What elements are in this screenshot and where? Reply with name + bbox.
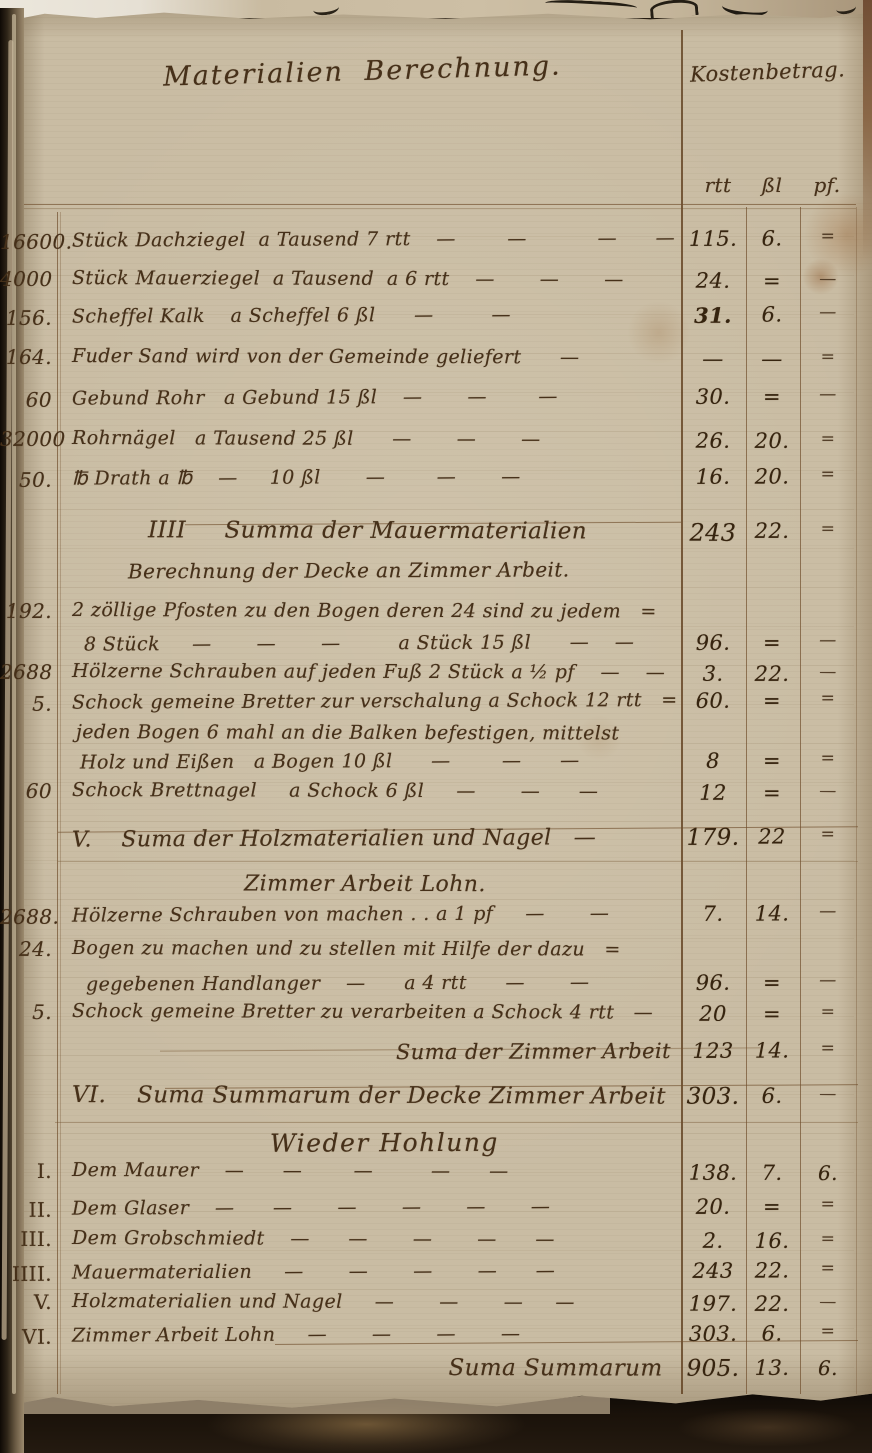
recap-row: II.Dem Glaser — — — — — —20.== (0, 1194, 872, 1230)
section-heading-wiederholung: Wieder Hohlung (0, 1126, 872, 1162)
roman-numeral-cell: I. (0, 1159, 52, 1183)
pfennig-cell: = (802, 1194, 854, 1214)
schilling-cell: 22. (748, 519, 796, 543)
table-row: 60Gebund Rohr a Gebund 15 ßl — — —30.=— (0, 384, 872, 420)
pfennig-cell: = (802, 429, 854, 449)
schilling-cell: 6. (748, 1084, 796, 1108)
thaler-cell: 12 (684, 781, 742, 805)
table-row: 5.Schock gemeine Bretter zu verarbeiten … (0, 1000, 872, 1034)
description-cell: Hölzerne Schrauben von machen . . a 1 pf… (72, 902, 678, 927)
thaler-cell: 243 (684, 1259, 742, 1283)
quantity-cell: 4000 (0, 267, 52, 291)
quantity-cell: 2688 (0, 660, 52, 684)
sum-label: IIII Summa der Mauermaterialien (148, 517, 754, 545)
description-cell: jeden Bogen 6 mahl an die Balken befesti… (76, 721, 682, 745)
thaler-cell: 60. (684, 689, 742, 713)
description-cell: Rohrnägel a Tausend 25 ßl — — — (72, 427, 678, 451)
description-cell: 2 zöllige Pfosten zu den Bogen deren 24 … (72, 599, 678, 623)
thaler-cell: 243 (684, 519, 742, 547)
pfennig-cell: = (802, 688, 854, 708)
description-cell: Dem Maurer — — — — — (72, 1159, 678, 1183)
description-cell: Scheffel Kalk a Scheffel 6 ßl — — (72, 303, 678, 328)
description-cell: ℔ Drath a ℔ — 10 ßl — — — (72, 465, 678, 490)
roman-numeral-cell: IIII. (0, 1262, 52, 1286)
description-cell: Dem Grobschmiedt — — — — — (72, 1227, 678, 1251)
section-heading-text: Wieder Hohlung (270, 1126, 872, 1158)
schilling-cell: 14. (748, 1038, 796, 1062)
pfennig-cell: = (802, 1321, 854, 1341)
schilling-cell: — (748, 347, 796, 371)
pfennig-cell: = (802, 347, 854, 367)
roman-numeral-cell: III. (0, 1227, 52, 1251)
thaler-cell: 16. (684, 465, 742, 489)
table-row: 5.Schock gemeine Bretter zur verschalung… (0, 688, 872, 724)
quantity-cell: 16600. (0, 230, 52, 254)
sum-label: Suma der Zimmer Arbeit (72, 1039, 678, 1066)
recap-row: III.Dem Grobschmiedt — — — — —2.16.= (0, 1227, 872, 1261)
table-row: 192.2 zöllige Pfosten zu den Bogen deren… (0, 599, 872, 633)
description-cell: Mauermaterialien — — — — — (72, 1259, 678, 1284)
quantity-cell: 5. (0, 1000, 52, 1024)
description-cell: Dem Glaser — — — — — — (72, 1195, 678, 1220)
adjacent-page-edge (863, 0, 872, 260)
schilling-cell: = (748, 1002, 796, 1026)
pfennig-cell: — (802, 384, 854, 404)
quantity-cell: 5. (0, 692, 52, 716)
thaler-cell: 2. (684, 1229, 742, 1253)
schilling-cell: = (748, 781, 796, 805)
section-heading-text: Zimmer Arbeit Lohn. (244, 871, 850, 898)
quantity-cell: 24. (0, 937, 52, 961)
recap-row: I.Dem Maurer — — — — —138.7.6. (0, 1159, 872, 1193)
section-heading-zimmerlohn: Zimmer Arbeit Lohn. (0, 871, 872, 905)
table-row: 156.Scheffel Kalk a Scheffel 6 ßl — —31.… (0, 302, 872, 338)
description-cell: Fuder Sand wird von der Gemeinde geliefe… (72, 345, 678, 369)
pfennig-cell: = (802, 1258, 854, 1278)
schilling-cell: 6. (748, 1321, 796, 1345)
schilling-cell: 6. (748, 302, 796, 326)
schilling-cell: = (748, 748, 796, 772)
schilling-cell: 20. (748, 429, 796, 453)
pfennig-cell: — (802, 781, 854, 801)
roman-numeral-cell: II. (0, 1198, 52, 1222)
schilling-cell: 22. (748, 1292, 796, 1316)
header-underline (24, 204, 856, 205)
table-row: 2688.Hölzerne Schrauben von machen . . a… (0, 901, 872, 937)
pfennig-cell: — (802, 662, 854, 682)
description-cell: 8 Stück — — — a Stück 15 ßl — — (84, 631, 690, 656)
sum-row-holzmaterialien: V. Suma der Holzmaterialien und Nagel —1… (0, 824, 872, 860)
sum-row-zimmerarbeit: Suma der Zimmer Arbeit 12314.= (0, 1038, 872, 1074)
header-underline-double (24, 208, 856, 209)
description-cell: Zimmer Arbeit Lohn — — — — (72, 1322, 678, 1347)
description-cell: Schock gemeine Bretter zu verarbeiten a … (72, 1000, 678, 1024)
schilling-cell: = (748, 384, 796, 408)
schilling-cell: 22. (748, 1258, 796, 1282)
schilling-cell: 16. (748, 1229, 796, 1253)
schilling-cell: 6. (748, 226, 796, 250)
thaler-cell: 905. (684, 1356, 742, 1382)
description-cell: Stück Dachziegel a Tausend 7 rtt — — — — (72, 227, 678, 252)
pfennig-cell: — (802, 901, 854, 921)
schilling-cell: 7. (748, 1161, 796, 1185)
recap-row: VI.Zimmer Arbeit Lohn — — — —303.6.= (0, 1321, 872, 1357)
sum-row-mauermaterialien: IIII Summa der Mauermaterialien24322.= (0, 517, 872, 551)
schilling-cell: = (748, 1194, 796, 1218)
quantity-cell: 60 (0, 388, 52, 412)
thaler-cell: 303. (684, 1084, 742, 1110)
quantity-cell: 2688. (0, 905, 52, 929)
thaler-cell: 20 (684, 1002, 742, 1026)
roman-numeral-cell: VI. (0, 1325, 52, 1349)
thaler-cell: 96. (684, 971, 742, 995)
table-row: 16600.Stück Dachziegel a Tausend 7 rtt —… (0, 226, 872, 262)
thaler-cell: 123 (684, 1039, 742, 1063)
pfennig-cell: = (802, 1002, 854, 1022)
quantity-cell: 192. (0, 599, 52, 623)
schilling-cell: = (748, 269, 796, 293)
grand-total-label: Suma Summarum (72, 1354, 678, 1382)
schilling-cell: 13. (748, 1356, 796, 1380)
description-cell: Holz und Eißen a Bogen 10 ßl — — — (80, 749, 686, 774)
description-cell: Schock Brettnagel a Schock 6 ßl — — — (72, 779, 678, 803)
quantity-cell: 50. (0, 468, 52, 492)
pfennig-cell: — (802, 1292, 854, 1312)
schilling-cell: 22 (748, 824, 796, 848)
currency-thaler-label: rtt (690, 173, 746, 197)
quantity-cell: 156. (0, 306, 52, 330)
pfennig-cell: = (802, 1038, 854, 1058)
pfennig-cell: = (802, 1229, 854, 1249)
thaler-cell: 20. (684, 1195, 742, 1219)
description-cell: Schock gemeine Bretter zur verschalung a… (72, 689, 678, 714)
thaler-cell: 3. (684, 662, 742, 686)
pfennig-cell: = (802, 226, 854, 246)
thaler-cell: 30. (684, 385, 742, 409)
thaler-cell: — (684, 347, 742, 371)
pfennig-cell: — (802, 630, 854, 650)
sum-row-summarum-decke: VI. Suma Summarum der Decke Zimmer Arbei… (0, 1082, 872, 1116)
recap-row: V.Holzmaterialien und Nagel — — — —197.2… (0, 1290, 872, 1324)
table-row: 32000Rohrnägel a Tausend 25 ßl — — —26.2… (0, 427, 872, 461)
pfennig-cell: 6. (802, 1161, 854, 1185)
table-row: 50.℔ Drath a ℔ — 10 ßl — — —16.20.= (0, 464, 872, 500)
pfennig-cell: — (802, 1084, 854, 1104)
thaler-cell: 179. (684, 825, 742, 851)
pfennig-cell: = (802, 519, 854, 539)
quantity-cell: 60 (0, 779, 52, 803)
table-row: 24.Bogen zu machen und zu stellen mit Hi… (0, 937, 872, 971)
thaler-cell: 138. (684, 1161, 742, 1185)
description-cell: Holzmaterialien und Nagel — — — — (72, 1290, 678, 1314)
section-heading-decke: Berechnung der Decke an Zimmer Arbeit. (0, 556, 872, 592)
pfennig-cell: — (802, 970, 854, 990)
thaler-cell: 115. (684, 227, 742, 251)
schilling-cell: = (748, 630, 796, 654)
currency-schilling-label: ßl (748, 173, 796, 197)
thaler-cell: 7. (684, 902, 742, 926)
section-heading-text: Berechnung der Decke an Zimmer Arbeit. (128, 557, 734, 584)
sum-label: V. Suma der Holzmaterialien und Nagel — (72, 825, 678, 853)
thaler-cell: 26. (684, 429, 742, 453)
thaler-cell: 197. (684, 1292, 742, 1316)
roman-numeral-cell: V. (0, 1290, 52, 1314)
pfennig-cell: = (802, 748, 854, 768)
thaler-cell: 8 (684, 749, 742, 773)
table-row: 60Schock Brettnagel a Schock 6 ßl — — —1… (0, 779, 872, 813)
description-cell: Hölzerne Schrauben auf jeden Fuß 2 Stück… (72, 660, 678, 684)
pfennig-cell: = (802, 824, 854, 844)
schilling-cell: = (748, 688, 796, 712)
schilling-cell: = (748, 970, 796, 994)
sum-rule-vi-below (55, 1122, 858, 1123)
schilling-cell: 22. (748, 662, 796, 686)
thaler-cell: 24. (684, 269, 742, 293)
currency-pfennig-label: pf. (802, 173, 852, 197)
table-row: 164.Fuder Sand wird von der Gemeinde gel… (0, 345, 872, 379)
schilling-cell: 14. (748, 901, 796, 925)
sum-label: VI. Suma Summarum der Decke Zimmer Arbei… (72, 1082, 678, 1110)
thaler-cell: 303. (684, 1322, 742, 1346)
schilling-cell: 20. (748, 464, 796, 488)
description-cell: Stück Mauerziegel a Tausend a 6 rtt — — … (72, 267, 678, 291)
pfennig-cell: — (802, 302, 854, 322)
pfennig-cell: = (802, 464, 854, 484)
recap-row: IIII.Mauermaterialien — — — — —24322.= (0, 1258, 872, 1294)
grand-total-row: Suma Summarum 905.13.6. (0, 1354, 872, 1388)
quantity-cell: 32000 (0, 427, 52, 451)
thaler-cell: 31. (684, 303, 742, 328)
description-cell: gegebenen Handlanger — a 4 rtt — — (86, 971, 692, 996)
ledger-scan: Materialien Berechnung. Kostenbetrag. rt… (0, 0, 872, 1453)
quantity-cell: 164. (0, 345, 52, 369)
sum-rule-holz-below (58, 861, 858, 862)
description-cell: Bogen zu machen und zu stellen mit Hilfe… (72, 937, 678, 961)
pfennig-cell: — (802, 269, 854, 289)
description-cell: Gebund Rohr a Gebund 15 ßl — — — (72, 385, 678, 410)
table-row: 4000Stück Mauerziegel a Tausend a 6 rtt … (0, 267, 872, 301)
thaler-cell: 96. (684, 631, 742, 655)
pfennig-cell: 6. (802, 1356, 854, 1380)
